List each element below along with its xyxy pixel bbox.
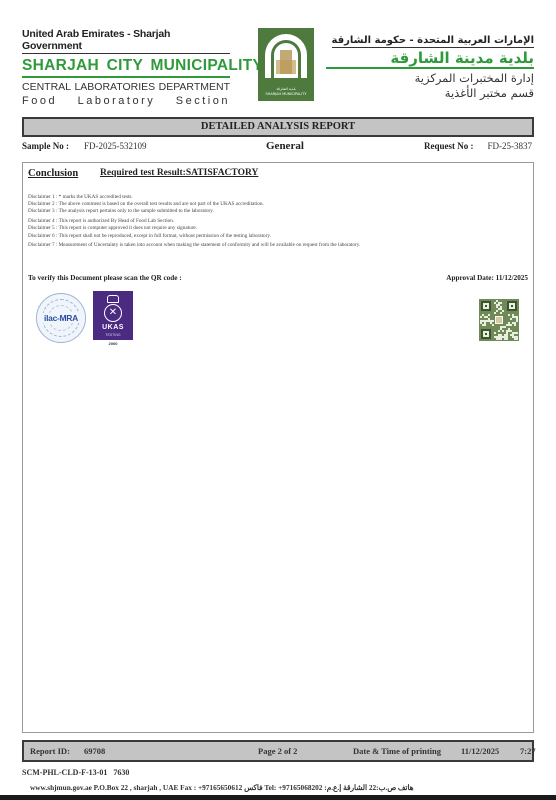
sharjah-municipality-logo-icon: بلدية الشارقة SHARJAH MUNICIPALITY — [258, 28, 314, 101]
section-word: Laboratory — [78, 95, 156, 107]
qr-code-icon[interactable] — [479, 299, 519, 341]
qr-instruction: To verify this Document please scan the … — [28, 274, 182, 282]
logo-tower — [280, 50, 292, 74]
disclaimer-item: Disclaimer 5 : This report is computer a… — [28, 225, 528, 232]
qr-module — [496, 310, 498, 312]
qr-finder — [481, 301, 491, 311]
qr-module — [514, 324, 516, 326]
print-date: 11/12/2025 — [461, 746, 499, 756]
disclaimer-item: Disclaimer 7 : Measurement of Uncertaint… — [28, 242, 528, 249]
ilac-mra-logo-icon: ilac-MRA — [36, 293, 86, 343]
disclaimer-item: Disclaimer 6 : This report shall not be … — [28, 233, 528, 240]
report-meta: Sample No : FD-2025-532109 General Reque… — [22, 140, 534, 154]
qr-module — [500, 338, 502, 340]
qr-module — [508, 314, 510, 316]
municipality-name: SHARJAH CITY MUNICIPALITY — [22, 57, 230, 78]
qr-module — [484, 324, 486, 326]
sample-no-label: Sample No : — [22, 141, 69, 151]
logo-caption-en: SHARJAH MUNICIPALITY — [260, 92, 312, 97]
qr-module — [510, 318, 512, 320]
crown-icon — [107, 295, 119, 303]
page-indicator: Page 2 of 2 — [258, 746, 297, 756]
disclaimer-group: Disclaimer 7 : Measurement of Uncertaint… — [28, 242, 528, 249]
request-no-value: FD-25-3837 — [488, 141, 533, 151]
ukas-sub: TESTING — [93, 333, 133, 337]
report-id-label: Report ID: — [30, 746, 70, 756]
section-name: Food Laboratory Section — [22, 95, 230, 107]
request-no-label: Request No : — [424, 141, 474, 151]
department-name: CENTRAL LABORATORIES DEPARTMENT — [22, 81, 230, 93]
print-time: 7:27 — [520, 746, 536, 756]
government-name-ar: الإمارات العربية المتحدة - حكومة الشارقة — [332, 35, 534, 48]
qr-center-logo — [495, 316, 503, 324]
ukas-name: UKAS — [93, 324, 133, 331]
qr-module — [516, 320, 518, 322]
conclusion-row: Conclusion Required test Result:SATISFAC… — [28, 168, 78, 179]
qr-module — [500, 302, 502, 304]
section-name-ar: قسم مختبر الأغذية — [326, 86, 534, 100]
disclaimer-item: Disclaimer 3 : The analysis report perta… — [28, 208, 528, 215]
footer-bar: Report ID: 69708 Page 2 of 2 Date & Time… — [22, 740, 534, 762]
qr-module — [492, 320, 494, 322]
qr-module — [506, 338, 508, 340]
municipality-name-ar: بلدية مدينة الشارقة — [326, 49, 534, 69]
contact-address: www.shjmun.gov.ae P.O.Box 22 , sharjah ,… — [30, 783, 540, 792]
report-category: General — [266, 140, 304, 152]
qr-module — [492, 324, 494, 326]
ukas-crown-logo-icon: UKAS TESTING 2000 — [93, 291, 133, 346]
form-code: SCM-PHL-CLD-F-13-01 7630 — [22, 768, 129, 777]
approval-date: Approval Date: 11/12/2025 — [446, 274, 528, 282]
disclaimer-group: Disclaimer 1 : * marks the UKAS accredit… — [28, 194, 528, 216]
ukas-number: 2000 — [93, 341, 133, 346]
report-body: Conclusion Required test Result:SATISFAC… — [22, 162, 534, 733]
print-datetime-label: Date & Time of printing — [353, 746, 441, 756]
letterhead-arabic: الإمارات العربية المتحدة - حكومة الشارقة… — [326, 28, 534, 100]
conclusion-result: Required test Result:SATISFACTORY — [100, 168, 258, 178]
disclaimers: Disclaimer 1 : * marks the UKAS accredit… — [28, 194, 528, 252]
qr-module — [504, 326, 506, 328]
logo-caption: بلدية الشارقة SHARJAH MUNICIPALITY — [260, 87, 312, 97]
department-name-ar: إدارة المختبرات المركزية — [326, 71, 534, 85]
sample-no-value: FD-2025-532109 — [84, 141, 147, 151]
qr-module — [502, 330, 504, 332]
qr-module — [498, 330, 500, 332]
section-word: Food — [22, 95, 57, 107]
department-word: CENTRAL — [22, 81, 71, 93]
department-word: DEPARTMENT — [159, 81, 230, 93]
qr-module — [480, 316, 482, 318]
section-word: Section — [176, 95, 230, 107]
report-title: DETAILED ANALYSIS REPORT — [22, 117, 534, 137]
bottom-strip — [0, 795, 556, 800]
disclaimer-item: Disclaimer 4 : This report is authorized… — [28, 218, 528, 225]
disclaimer-group: Disclaimer 4 : This report is authorized… — [28, 218, 528, 240]
qr-module — [516, 338, 518, 340]
department-word: LABORATORIES — [74, 81, 155, 93]
qr-finder — [481, 329, 491, 339]
qr-module — [494, 332, 496, 334]
report-id-value: 69708 — [84, 746, 105, 756]
qr-module — [516, 332, 518, 334]
verification-row: To verify this Document please scan the … — [28, 274, 528, 282]
conclusion-label: Conclusion — [28, 168, 78, 179]
qr-module — [488, 314, 490, 316]
qr-module — [500, 312, 502, 314]
letterhead-english: United Arab Emirates - Sharjah Governmen… — [22, 28, 230, 107]
qr-finder — [507, 301, 517, 311]
ilac-text: ilac-MRA — [37, 313, 85, 323]
qr-module — [494, 312, 496, 314]
qr-module — [510, 324, 512, 326]
government-name: United Arab Emirates - Sharjah Governmen… — [22, 28, 230, 54]
disclaimer-item: Disclaimer 2 : The above comment is base… — [28, 201, 528, 208]
ukas-emblem-icon — [104, 304, 122, 322]
qr-module — [502, 310, 504, 312]
